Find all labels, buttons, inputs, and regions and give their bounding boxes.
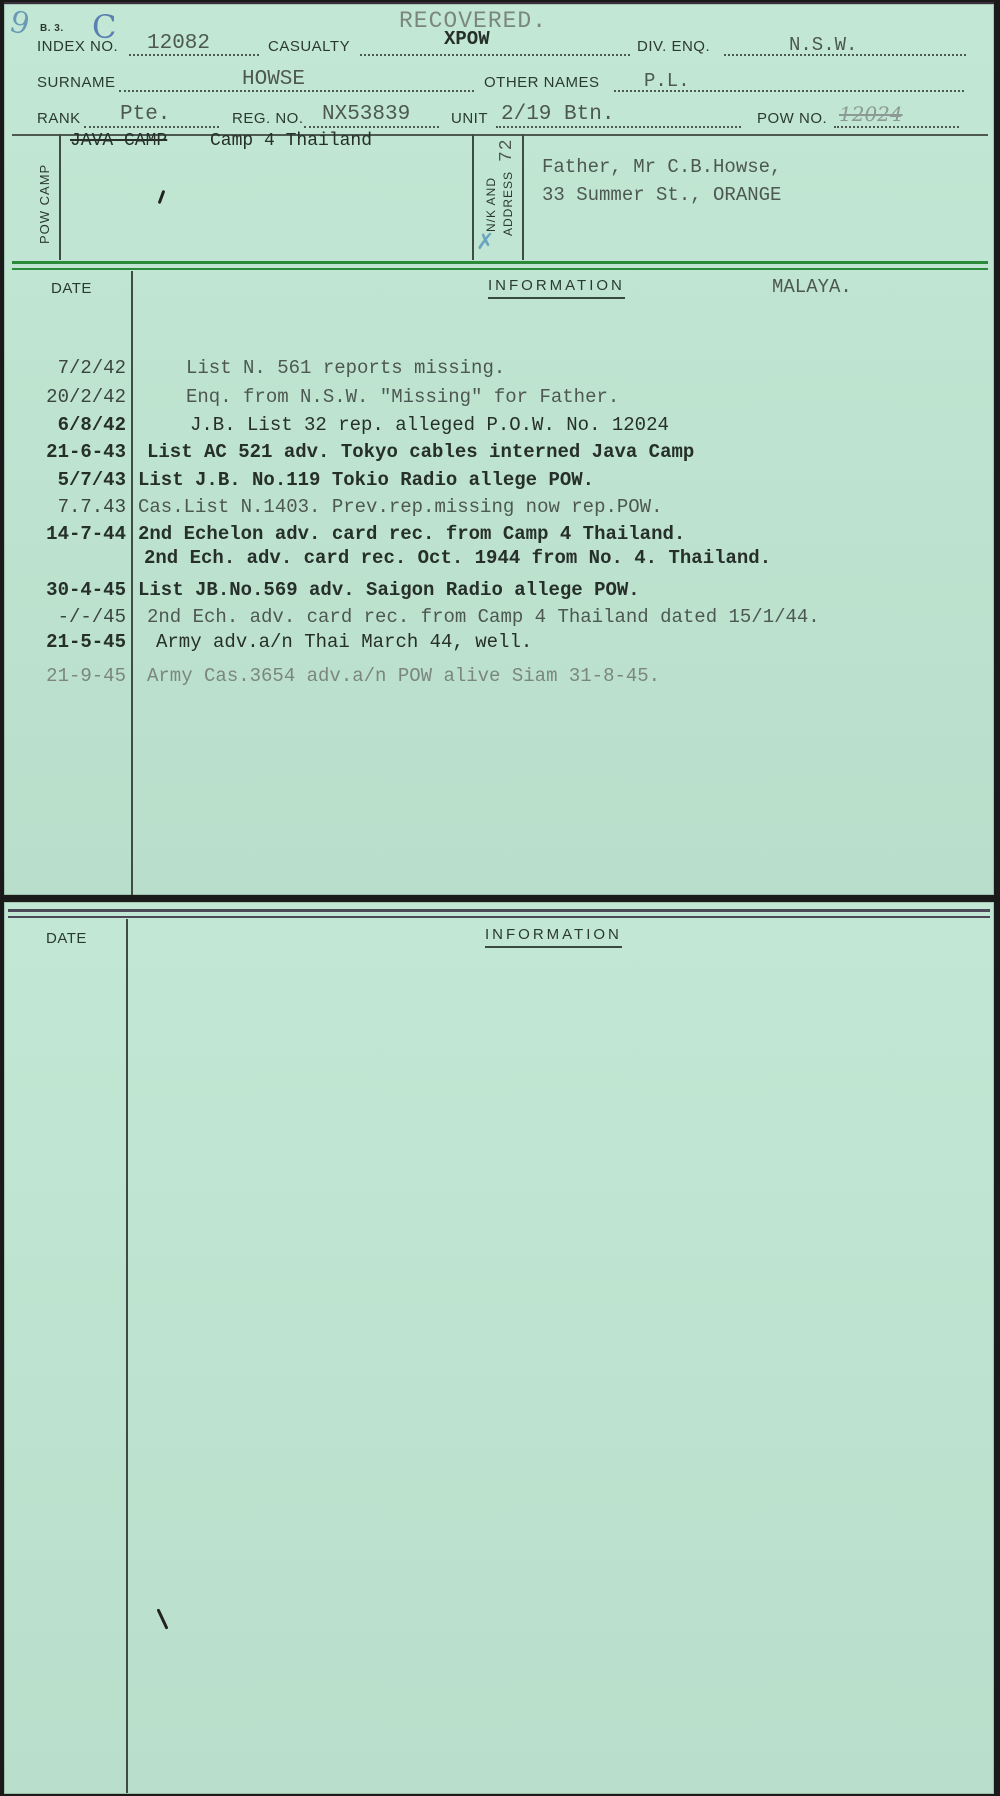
divider (472, 134, 474, 260)
unit-label: UNIT (451, 110, 488, 127)
reg-label: REG. No. (232, 110, 304, 127)
nk-label-line1: N/K AND (484, 177, 498, 232)
entry-date: 21-5-45 (4, 631, 126, 653)
nk-line1: Father, Mr C.B.Howse, (542, 156, 781, 178)
entry-information: List N. 561 reports missing. (186, 357, 505, 379)
rank-dots (84, 126, 219, 128)
entry-date: 5/7/43 (4, 469, 126, 491)
casualty-card-front: 9 C B. 3. RECOVERED. INDEX No. 12082 CAS… (4, 2, 994, 895)
other-names-label: OTHER NAMES (484, 74, 600, 91)
date-column-divider (131, 271, 133, 895)
pencil-cross-mark: ✗ (476, 230, 494, 255)
pencil-mark (156, 1608, 168, 1629)
date-header: DATE (51, 280, 92, 297)
form-code: B. 3. (40, 23, 64, 34)
pow-camp-value: Camp 4 Thailand (210, 131, 372, 151)
entry-information: List JB.No.569 adv. Saigon Radio allege … (138, 579, 640, 601)
pencil-mark (158, 190, 166, 204)
green-rule (12, 268, 988, 270)
index-label: INDEX No. (37, 38, 118, 55)
entry-date: 21-9-45 (4, 665, 126, 687)
nk-label-line2: ADDRESS (501, 171, 515, 236)
entry-information: Army Cas.3654 adv.a/n POW alive Siam 31-… (147, 665, 660, 687)
rank-label: RANK (37, 110, 81, 127)
unit-dots (496, 126, 741, 128)
div-label: DIV. ENQ. (637, 38, 710, 55)
information-header: INFORMATION (485, 926, 622, 948)
date-header: DATE (46, 930, 87, 947)
entry-date: 14-7-44 (4, 523, 126, 545)
reg-dots (304, 126, 439, 128)
nk-line2: 33 Summer St., ORANGE (542, 184, 781, 206)
entry-information: List AC 521 adv. Tokyo cables interned J… (147, 441, 694, 463)
pow-camp-label: POW CAMP (37, 164, 52, 244)
entry-information: 2nd Ech. adv. card rec. Oct. 1944 from N… (144, 547, 771, 569)
casualty-card-back: DATE INFORMATION (4, 902, 994, 1794)
region-label: MALAYA. (772, 276, 852, 298)
green-rule (12, 261, 988, 264)
pow-no-label: POW No. (757, 110, 827, 127)
pow-camp-struck: JAVA CAMP (70, 131, 167, 151)
entry-date: -/-/45 (4, 606, 126, 628)
unit-value: 2/19 Btn. (501, 103, 614, 126)
entry-date: 21-6-43 (4, 441, 126, 463)
entry-date: 7.7.43 (4, 496, 126, 518)
entry-information: Cas.List N.1403. Prev.rep.missing now re… (138, 496, 663, 518)
pow-no-dots (834, 126, 959, 128)
div-value: N.S.W. (789, 34, 857, 56)
casualty-dots (360, 54, 630, 56)
index-value: 12082 (147, 32, 210, 55)
surname-value: HOWSE (242, 68, 305, 91)
entry-date: 6/8/42 (4, 414, 126, 436)
entry-information: Enq. from N.S.W. "Missing" for Father. (186, 386, 619, 408)
divider (522, 134, 524, 260)
entry-information: 2nd Ech. adv. card rec. from Camp 4 Thai… (147, 606, 820, 628)
top-rule (8, 916, 990, 918)
rank-value: Pte. (120, 103, 170, 126)
entry-information: List J.B. No.119 Tokio Radio allege POW. (138, 469, 594, 491)
entry-information: 2nd Echelon adv. card rec. from Camp 4 T… (138, 523, 685, 545)
entry-date: 30-4-45 (4, 579, 126, 601)
casualty-value: XPOW (444, 28, 490, 50)
surname-label: SURNAME (37, 74, 116, 91)
other-names-value: P.L. (644, 70, 690, 92)
entry-date: 20/2/42 (4, 386, 126, 408)
entry-information: J.B. List 32 rep. alleged P.O.W. No. 120… (190, 414, 669, 436)
nk-number: 72 (497, 138, 517, 162)
date-column-divider (126, 919, 128, 1793)
reg-value: NX53839 (322, 103, 410, 126)
handwritten-number: 9 (6, 4, 34, 43)
information-header: INFORMATION (488, 277, 625, 299)
divider (59, 134, 61, 260)
pow-no-value: 12024 (839, 102, 903, 126)
top-rule (8, 909, 990, 912)
entry-information: Army adv.a/n Thai March 44, well. (156, 631, 532, 653)
casualty-label: CASUALTY (268, 38, 350, 55)
entry-date: 7/2/42 (4, 357, 126, 379)
